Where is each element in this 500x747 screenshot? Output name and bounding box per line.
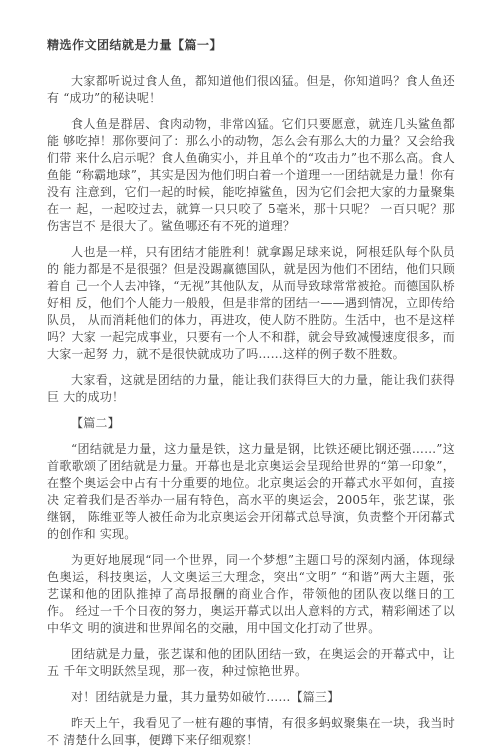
document-page: 精选作文团结就是力量【篇一】 大家都听说过食人鱼，都知道他们很凶猛。但是，你知道… <box>0 0 500 747</box>
paragraph: 大家看，这就是团结的力量，能让我们获得巨大的力量，能让我们获得巨 大的成功！ <box>47 372 455 406</box>
paragraph: “团结就是力量，这力量是铁，这力量是钢，比铁还硬比钢还强……”这 首歌歌颂了团结… <box>47 441 455 543</box>
paragraph: 大家都听说过食人鱼，都知道他们很凶猛。但是，你知道吗？食人鱼还有 “成功”的秘诀… <box>47 73 455 107</box>
essay-title: 精选作文团结就是力量【篇一】 <box>47 37 455 54</box>
paragraph: 昨天上午，我看见了一桩有趣的事情，有很多蚂蚁聚集在一块，我当时不 清楚什么回事，… <box>47 715 455 747</box>
paragraph: 人也是一样，只有团结才能胜利！就拿踢足球来说，阿根廷队每个队员的 能力都是不是很… <box>47 244 455 363</box>
paragraph: 团结就是力量，张艺谋和他的团队团结一致，在奥运会的开幕式中，让五 千年文明跃然呈… <box>47 646 455 680</box>
section-heading-part2: 【篇二】 <box>47 415 455 432</box>
paragraph: 食人鱼是群居、食肉动物，非常凶猛。它们只要愿意，就连几头鲨鱼都能 够吃掉！那你要… <box>47 116 455 235</box>
paragraph-part3-lead: 对！团结就是力量，其力量势如破竹……【篇三】 <box>47 689 455 706</box>
paragraph: 为更好地展现“同一个世界，同一个梦想”主题口号的深刻内涵，体现绿 色奥运，科技奥… <box>47 552 455 637</box>
